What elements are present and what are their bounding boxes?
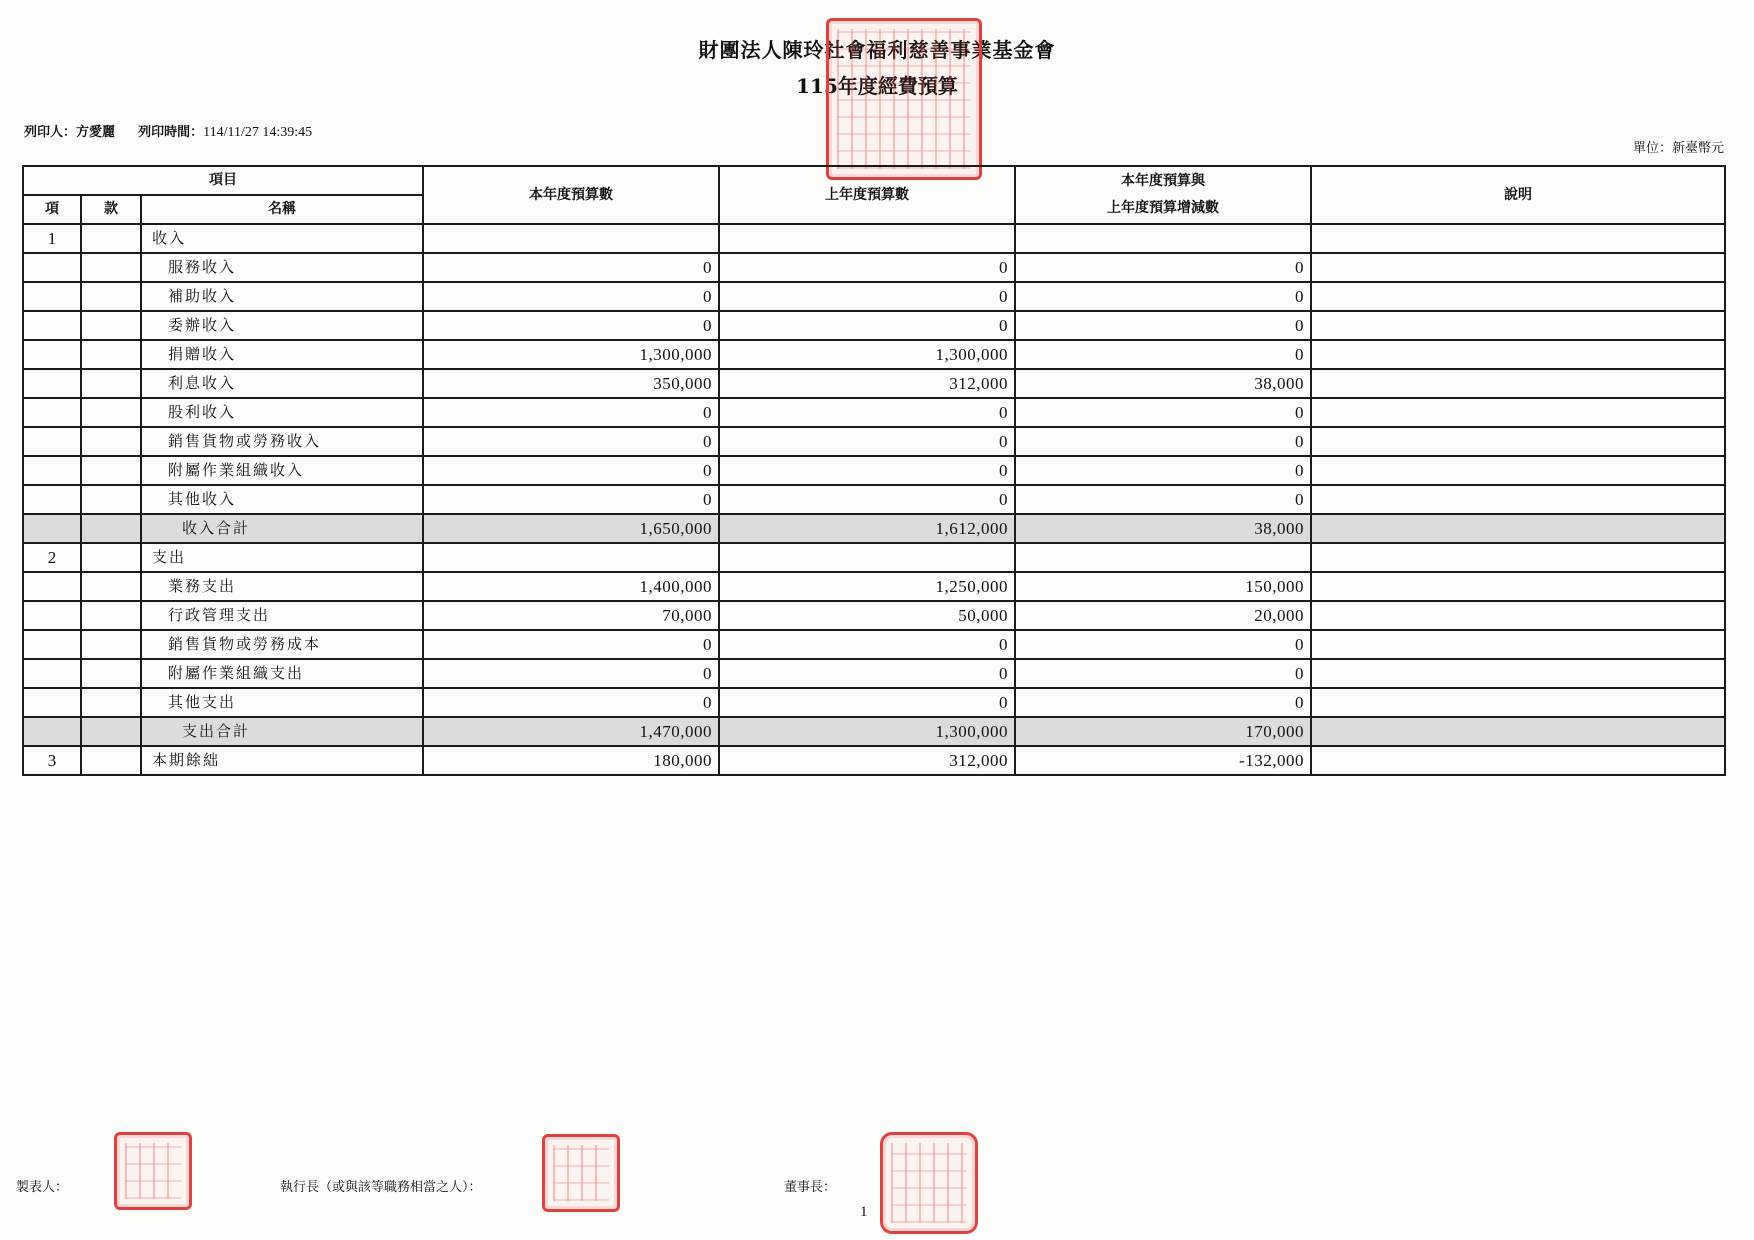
currency-unit: 單位：新臺幣元 [1633, 137, 1724, 156]
current-budget-cell: 0 [423, 630, 719, 659]
budget-diff-cell: 0 [1015, 311, 1311, 340]
section-cell [81, 659, 141, 688]
col-previous-budget: 上年度預算數 [719, 166, 1015, 224]
table-row: 其他收入000 [23, 485, 1725, 514]
table-row: 股利收入000 [23, 398, 1725, 427]
section-cell [81, 253, 141, 282]
current-budget-cell: 0 [423, 456, 719, 485]
name-cell: 業務支出 [141, 572, 423, 601]
current-budget-cell: 0 [423, 427, 719, 456]
current-budget-cell: 0 [423, 253, 719, 282]
name-cell: 銷售貨物或勞務收入 [141, 427, 423, 456]
budget-diff-cell: 0 [1015, 282, 1311, 311]
section-cell [81, 340, 141, 369]
organization-seal-icon [826, 18, 982, 180]
name-cell: 利息收入 [141, 369, 423, 398]
section-cell [81, 311, 141, 340]
budget-diff-cell: -132,000 [1015, 746, 1311, 775]
item-cell [23, 427, 81, 456]
budget-diff-cell [1015, 224, 1311, 253]
note-cell [1311, 369, 1725, 398]
table-total-row: 收入合計1,650,0001,612,00038,000 [23, 514, 1725, 543]
previous-budget-cell: 312,000 [719, 746, 1015, 775]
name-cell: 附屬作業組織支出 [141, 659, 423, 688]
budget-diff-cell: 150,000 [1015, 572, 1311, 601]
previous-budget-cell: 0 [719, 456, 1015, 485]
item-cell [23, 282, 81, 311]
note-cell [1311, 514, 1725, 543]
section-cell [81, 746, 141, 775]
col-name: 名稱 [141, 195, 423, 224]
name-cell: 其他支出 [141, 688, 423, 717]
current-budget-cell: 1,470,000 [423, 717, 719, 746]
name-cell: 附屬作業組織收入 [141, 456, 423, 485]
budget-diff-cell: 0 [1015, 456, 1311, 485]
section-cell [81, 543, 141, 572]
name-cell: 行政管理支出 [141, 601, 423, 630]
section-cell [81, 282, 141, 311]
note-cell [1311, 717, 1725, 746]
page-number: 1 [860, 1204, 868, 1221]
note-cell [1311, 601, 1725, 630]
budget-diff-cell: 0 [1015, 630, 1311, 659]
budget-diff-cell: 0 [1015, 485, 1311, 514]
table-row: 銷售貨物或勞務收入000 [23, 427, 1725, 456]
name-cell: 補助收入 [141, 282, 423, 311]
note-cell [1311, 311, 1725, 340]
col-item: 項 [23, 195, 81, 224]
budget-diff-cell: 0 [1015, 427, 1311, 456]
item-cell: 3 [23, 746, 81, 775]
table-row: 業務支出1,400,0001,250,000150,000 [23, 572, 1725, 601]
note-cell [1311, 253, 1725, 282]
table-row: 補助收入000 [23, 282, 1725, 311]
previous-budget-cell: 312,000 [719, 369, 1015, 398]
budget-diff-cell: 38,000 [1015, 514, 1311, 543]
budget-diff-cell [1015, 543, 1311, 572]
note-cell [1311, 630, 1725, 659]
current-budget-cell: 1,650,000 [423, 514, 719, 543]
name-cell: 股利收入 [141, 398, 423, 427]
item-cell [23, 485, 81, 514]
printer-name: 方愛麗 [76, 125, 115, 140]
chairman-seal-icon [880, 1132, 978, 1234]
table-total-row: 支出合計1,470,0001,300,000170,000 [23, 717, 1725, 746]
budget-diff-cell: 0 [1015, 688, 1311, 717]
budget-diff-cell: 38,000 [1015, 369, 1311, 398]
name-cell: 收入 [141, 224, 423, 253]
section-cell [81, 456, 141, 485]
previous-budget-cell: 0 [719, 311, 1015, 340]
section-cell [81, 572, 141, 601]
current-budget-cell: 0 [423, 485, 719, 514]
table-row: 銷售貨物或勞務成本000 [23, 630, 1725, 659]
section-cell [81, 485, 141, 514]
col-budget-diff: 本年度預算與 上年度預算增減數 [1015, 166, 1311, 224]
col-budget-diff-line2: 上年度預算增減數 [1022, 195, 1304, 222]
previous-budget-cell: 0 [719, 398, 1015, 427]
section-cell [81, 224, 141, 253]
current-budget-cell: 350,000 [423, 369, 719, 398]
note-cell [1311, 427, 1725, 456]
note-cell [1311, 543, 1725, 572]
name-cell: 支出 [141, 543, 423, 572]
item-cell [23, 688, 81, 717]
item-cell [23, 398, 81, 427]
name-cell: 銷售貨物或勞務成本 [141, 630, 423, 659]
preparer-label: 製表人： [16, 1176, 68, 1195]
current-budget-cell: 70,000 [423, 601, 719, 630]
item-cell: 2 [23, 543, 81, 572]
item-cell: 1 [23, 224, 81, 253]
table-row: 利息收入350,000312,00038,000 [23, 369, 1725, 398]
item-cell [23, 630, 81, 659]
name-cell: 收入合計 [141, 514, 423, 543]
current-budget-cell: 0 [423, 398, 719, 427]
previous-budget-cell: 1,250,000 [719, 572, 1015, 601]
previous-budget-cell [719, 543, 1015, 572]
item-cell [23, 659, 81, 688]
preparer-seal-icon [114, 1132, 192, 1210]
printer-label: 列印人： [24, 125, 76, 140]
table-row: 1收入 [23, 224, 1725, 253]
item-cell [23, 311, 81, 340]
budget-diff-cell: 0 [1015, 253, 1311, 282]
note-cell [1311, 224, 1725, 253]
name-cell: 服務收入 [141, 253, 423, 282]
section-cell [81, 398, 141, 427]
current-budget-cell: 0 [423, 688, 719, 717]
item-cell [23, 572, 81, 601]
previous-budget-cell: 0 [719, 659, 1015, 688]
current-budget-cell [423, 224, 719, 253]
print-time-label: 列印時間： [138, 125, 203, 140]
note-cell [1311, 340, 1725, 369]
current-budget-cell: 1,300,000 [423, 340, 719, 369]
previous-budget-cell: 0 [719, 253, 1015, 282]
section-cell [81, 369, 141, 398]
note-cell [1311, 659, 1725, 688]
section-cell [81, 601, 141, 630]
item-cell [23, 456, 81, 485]
previous-budget-cell: 0 [719, 282, 1015, 311]
previous-budget-cell: 0 [719, 427, 1015, 456]
budget-diff-cell: 0 [1015, 659, 1311, 688]
item-cell [23, 717, 81, 746]
item-cell [23, 369, 81, 398]
current-budget-cell: 0 [423, 311, 719, 340]
print-info: 列印人：方愛麗 列印時間：114/11/27 14:39:45 [24, 121, 312, 141]
print-time: 114/11/27 14:39:45 [203, 125, 312, 140]
col-section: 款 [81, 195, 141, 224]
table-row: 其他支出000 [23, 688, 1725, 717]
ceo-seal-icon [542, 1134, 620, 1212]
item-cell [23, 601, 81, 630]
note-cell [1311, 485, 1725, 514]
previous-budget-cell: 0 [719, 630, 1015, 659]
current-budget-cell [423, 543, 719, 572]
previous-budget-cell [719, 224, 1015, 253]
col-current-budget: 本年度預算數 [423, 166, 719, 224]
item-cell [23, 253, 81, 282]
current-budget-cell: 1,400,000 [423, 572, 719, 601]
table-row: 附屬作業組織收入000 [23, 456, 1725, 485]
note-cell [1311, 572, 1725, 601]
table-row: 委辦收入000 [23, 311, 1725, 340]
name-cell: 捐贈收入 [141, 340, 423, 369]
col-note: 說明 [1311, 166, 1725, 224]
note-cell [1311, 398, 1725, 427]
budget-diff-cell: 0 [1015, 340, 1311, 369]
table-row: 服務收入000 [23, 253, 1725, 282]
name-cell: 支出合計 [141, 717, 423, 746]
chairman-label: 董事長： [784, 1176, 836, 1195]
section-cell [81, 717, 141, 746]
previous-budget-cell: 1,300,000 [719, 340, 1015, 369]
item-cell [23, 340, 81, 369]
name-cell: 本期餘絀 [141, 746, 423, 775]
section-cell [81, 688, 141, 717]
budget-diff-cell: 0 [1015, 398, 1311, 427]
ceo-label: 執行長（或與該等職務相當之人）： [280, 1176, 482, 1195]
note-cell [1311, 456, 1725, 485]
table-row: 行政管理支出70,00050,00020,000 [23, 601, 1725, 630]
current-budget-cell: 0 [423, 659, 719, 688]
group-header-item: 項目 [23, 166, 423, 195]
section-cell [81, 514, 141, 543]
section-cell [81, 427, 141, 456]
name-cell: 其他收入 [141, 485, 423, 514]
note-cell [1311, 688, 1725, 717]
table-row: 捐贈收入1,300,0001,300,0000 [23, 340, 1725, 369]
previous-budget-cell: 0 [719, 688, 1015, 717]
previous-budget-cell: 0 [719, 485, 1015, 514]
item-cell [23, 514, 81, 543]
col-budget-diff-line1: 本年度預算與 [1022, 168, 1304, 195]
previous-budget-cell: 1,612,000 [719, 514, 1015, 543]
previous-budget-cell: 50,000 [719, 601, 1015, 630]
previous-budget-cell: 1,300,000 [719, 717, 1015, 746]
name-cell: 委辦收入 [141, 311, 423, 340]
budget-table: 項目 本年度預算數 上年度預算數 本年度預算與 上年度預算增減數 說明 項 款 … [22, 165, 1726, 776]
current-budget-cell: 0 [423, 282, 719, 311]
note-cell [1311, 746, 1725, 775]
table-row: 2支出 [23, 543, 1725, 572]
table-row: 附屬作業組織支出000 [23, 659, 1725, 688]
section-cell [81, 630, 141, 659]
budget-diff-cell: 170,000 [1015, 717, 1311, 746]
current-budget-cell: 180,000 [423, 746, 719, 775]
table-row: 3本期餘絀180,000312,000-132,000 [23, 746, 1725, 775]
note-cell [1311, 282, 1725, 311]
budget-diff-cell: 20,000 [1015, 601, 1311, 630]
